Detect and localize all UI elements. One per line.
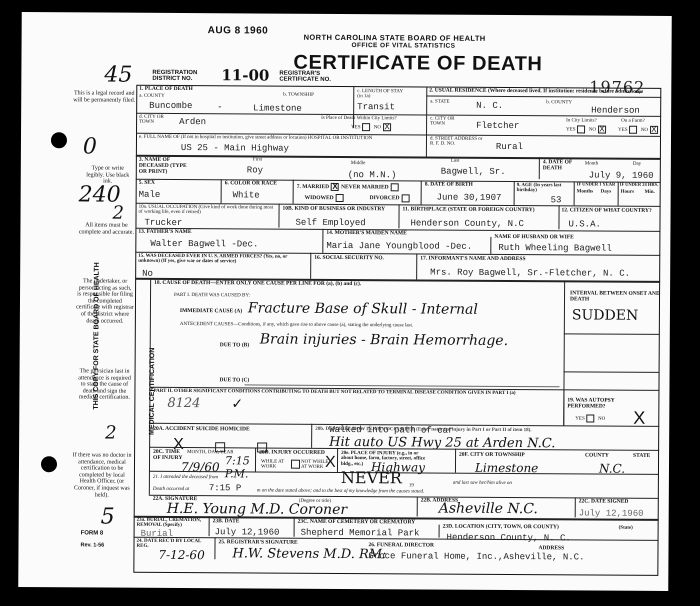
informant-label: 17. INFORMANT'S NAME AND ADDRESS (420, 256, 525, 262)
certificate-paper: AUG 8 1960 NORTH CAROLINA STATE BOARD OF… (18, 12, 672, 591)
punch-hole (41, 456, 57, 472)
death-at-value: 7:15 P (209, 483, 241, 493)
in-city-limits-options: YES NOX (566, 125, 608, 133)
marital-status-row-2: WIDOWEDDIVORCED (305, 194, 412, 203)
sex-value: Male (139, 190, 161, 200)
attended-label: 21. I attended the deceased from (153, 475, 218, 481)
place-county-value: Buncombe (149, 101, 192, 111)
spouse-value: Ruth Wheeling Bagwell (498, 243, 611, 254)
injury-type-label: 20a. ACCIDENT SUICIDE HOMICIDE (153, 427, 250, 433)
interval-value: SUDDEN (572, 307, 638, 323)
within-city-yes-no: YES NOX (351, 123, 393, 131)
in-city-no-checkbox[interactable]: X (598, 126, 606, 134)
first-name-value: Roy (247, 165, 263, 175)
citizen-label: 12. CITIZEN OF WHAT COUNTRY? (562, 208, 652, 214)
injury-city-label: 20f. CITY OR TOWNSHIP (459, 453, 525, 459)
date-signed-value: July 12,1960 (579, 508, 644, 518)
marital-status-row-1: 7. MARRIEDXNEVER MARRIED (297, 183, 401, 192)
under-24-hrs-label: IF UNDER 24 HRS. (620, 183, 659, 188)
received-stamp: AUG 8 1960 (208, 25, 269, 36)
res-county-label: b. COUNTY (546, 100, 572, 105)
while-at-work-checkbox[interactable] (291, 460, 300, 469)
last-name-label: Last (451, 159, 460, 164)
res-state-value: N. C. (476, 101, 503, 111)
first-name-label: First (253, 157, 262, 162)
place-of-death-label: 1. PLACE OF DEATH (139, 87, 193, 93)
injury-occurred-label: 20d. INJURY OCCURRED (259, 450, 325, 456)
registration-district-value: 11-00 (221, 66, 269, 84)
last-saw-label: and last saw her/him alive on (453, 481, 512, 487)
cemetery-label: 23c. NAME OF CEMETERY OR CREMATORY (298, 520, 416, 526)
part2-code: 8124 (167, 396, 200, 411)
father-label: 13. FATHER'S NAME (138, 230, 191, 236)
margin-handwritten: 0 (83, 134, 97, 159)
occupation-label: 10a. USUAL OCCUPATION (Give kind of work… (139, 205, 275, 216)
date-recd-value: 7-12-60 (158, 548, 204, 562)
funeral-director-value: Groce Funeral Home, Inc.,Asheville, N.C. (368, 551, 584, 562)
margin-note-physician: The physician last in attendance is requ… (75, 368, 133, 401)
injury-state-label: STATE (633, 454, 650, 460)
under-1-year-label: IF UNDER 1 YEAR (577, 182, 616, 187)
dash: - (217, 102, 222, 112)
divorced-label: DIVORCED (370, 195, 400, 201)
degree-label: (Degree or title) (299, 499, 331, 504)
age-label: 9. AGE (In years last birthday) (517, 183, 569, 194)
divorced-checkbox[interactable] (401, 194, 409, 202)
length-of-stay-label: c. LENGTH OF STAY (in 1a) (357, 89, 407, 100)
within-city-no-checkbox[interactable]: X (383, 123, 391, 131)
street-label: d. STREET ADDRESS or R. F. D. NO. (430, 137, 485, 148)
immediate-cause-label: IMMEDIATE CAUSE (a) (180, 309, 242, 315)
interval-label: INTERVAL BETWEEN ONSET AND DEATH (570, 291, 660, 303)
due-to-b-label: DUE TO (b) (220, 343, 249, 349)
attended-year-suffix: 19 (409, 483, 414, 488)
margin-handwritten: 45 (104, 63, 132, 88)
months-label: Months (577, 189, 593, 194)
form-revision: Rev. 1-56 (80, 542, 104, 548)
margin-note-complete: All items must be complete and accurate. (78, 222, 134, 236)
on-farm-no-checkbox[interactable]: X (650, 126, 658, 134)
margin-note-no-doctor: If there was no doctor in attendance, me… (71, 452, 133, 499)
margin-note-legal: This is a legal record and will be perma… (73, 90, 135, 104)
birthplace-label: 11. BIRTHPLACE (State or foreign country… (403, 207, 535, 214)
injury-time-label: 20c. TIME OF INJURY (153, 450, 183, 462)
punch-hole (51, 132, 67, 148)
ssn-label: 16. SOCIAL SECURITY NO. (314, 256, 384, 262)
part1-label: PART I. DEATH WAS CAUSED BY: (174, 293, 250, 299)
min-label: Min. (645, 190, 655, 195)
injury-hour-value: 7:15 P.M. (225, 454, 255, 480)
widowed-checkbox[interactable] (336, 194, 344, 202)
middle-name-label: Middle (351, 161, 365, 166)
attended-value: NEVER (341, 468, 402, 487)
on-farm-options: YES NOX (618, 126, 660, 134)
res-county-value: Henderson (591, 106, 640, 116)
burial-location-state-label: (State) (619, 526, 633, 531)
form-number: FORM 8 (81, 530, 104, 536)
autopsy-yes-checkbox[interactable] (587, 414, 595, 422)
business-value: Self Employed (295, 218, 365, 228)
in-city-yes-checkbox[interactable] (577, 125, 585, 133)
informant-value: Mrs. Roy Bagwell, Sr.-Fletcher, N. C. (430, 268, 630, 279)
due-to-b-value: Brain injuries - Brain Hemorrhage. (260, 331, 508, 349)
due-to-c-label: DUE TO (c) (219, 378, 249, 384)
place-township-value: Limestone (253, 103, 302, 113)
vertical-copy-label: THIS COPY FOR STATE BOARD OF HEALTH (93, 241, 101, 431)
agency-line-2: OFFICE OF VITAL STATISTICS (352, 42, 456, 50)
certifier-address-value: Asheville N.C. (439, 501, 538, 518)
funeral-director-label: 26. FUNERAL DIRECTOR (368, 543, 433, 549)
married-label: 7. MARRIED (297, 184, 329, 190)
street-value: Rural (496, 142, 523, 152)
registration-district-label: REGISTRATION DISTRICT NO. (152, 70, 214, 82)
city-label: d. CITY OR TOWN (139, 115, 169, 126)
burial-date-label: 23b. DATE (213, 519, 240, 525)
widowed-label: WIDOWED (305, 195, 334, 201)
township-label: b. TOWNSHIP (283, 93, 314, 98)
place-city-value: Arden (179, 117, 206, 127)
on-farm-label: On a Farm? (621, 119, 645, 124)
race-label: 6. COLOR OR RACE (225, 181, 277, 187)
death-at-label: Death occurred at (153, 487, 190, 492)
occupation-value: Trucker (144, 218, 182, 228)
injury-county-label: COUNTY (585, 453, 609, 459)
never-married-label: NEVER MARRIED (341, 184, 389, 190)
spouse-label: NAME OF HUSBAND OR WIFE (494, 235, 573, 241)
business-label: 10b. KIND OF BUSINESS OR INDUSTRY (283, 207, 386, 213)
citizen-value: U.S.A. (568, 219, 600, 229)
res-state-label: a. STATE (430, 100, 449, 105)
dod-month-label: Month (585, 161, 598, 166)
last-name-value: Bagwell, Sr. (441, 167, 506, 177)
armed-forces-label: 15. WAS DECEASED EVER IN U. S. ARMED FOR… (138, 254, 306, 266)
registrar-signature: H.W. Stevens M.D. RM: (232, 546, 386, 562)
date-signed-label: 22c. DATE SIGNED (579, 499, 629, 505)
margin-handwritten: 2 (112, 203, 124, 224)
on-farm-yes-checkbox[interactable] (629, 126, 637, 134)
not-while-at-work-mark: X (325, 454, 336, 472)
burial-date-value: July 12,1960 (215, 527, 280, 537)
hours-label: Hours (621, 190, 634, 195)
birthplace-value: Henderson County, N.C (410, 218, 523, 229)
county-label: a. COUNTY (139, 94, 165, 99)
margin-handwritten: 2 (105, 423, 117, 444)
margin-handwritten: 5 (101, 505, 115, 530)
autopsy-options: YES NO (575, 414, 605, 422)
res-city-value: Fletcher (476, 121, 519, 131)
never-married-checkbox[interactable] (391, 183, 399, 191)
checkmark-icon: ✓ (231, 396, 243, 413)
age-value: 53 (551, 195, 562, 205)
dob-label: 8. DATE OF BIRTH (425, 182, 473, 188)
institution-value: US 25 - Main Highway (181, 143, 289, 154)
dod-day-label: Day (633, 162, 641, 167)
in-city-limits-label: In City Limits? (566, 118, 597, 123)
sex-label: 5. SEX (139, 181, 155, 187)
middle-name-value: (no M.N.) (348, 170, 397, 180)
length-of-stay-value: Transit (357, 102, 395, 112)
dob-value: June 30,1907 (437, 193, 502, 203)
burial-location-label: 23d. LOCATION (City, town, or county) (443, 525, 623, 532)
within-city-yes-checkbox[interactable] (362, 123, 370, 131)
mother-label: 14. MOTHER'S MAIDEN NAME (326, 231, 406, 237)
burial-type-label: 23a. BURIAL, CREMATION, REMOVAL (Specify… (137, 518, 205, 529)
mother-value: Maria Jane Youngblood -Dec. (326, 241, 472, 252)
deceased-name-label: 3. NAME OF DECEASED (Type or Print) (139, 158, 189, 176)
date-of-death-label: 4. DATE OF DEATH (543, 160, 573, 172)
within-city-label: Is Place of Death Within City Limits? (321, 116, 421, 122)
death-at-suffix: m on the date stated above; and to the b… (257, 488, 424, 494)
father-value: Walter Bagwell -Dec. (150, 239, 258, 250)
race-value: White (233, 190, 260, 200)
married-checkbox[interactable]: X (331, 183, 339, 191)
registrar-cert-label: REGISTRAR'S CERTIFICATE NO. (279, 71, 359, 83)
date-of-death-value: July 9, 1960 (589, 170, 654, 180)
margin-note-undertaker: The undertaker, or person acting as such… (76, 278, 134, 325)
days-label: Days (601, 190, 612, 195)
res-city-label: c. CITY OR TOWN (430, 117, 460, 128)
while-at-work-label: WHILE AT WORK (261, 459, 287, 470)
immediate-cause-value: Fracture Base of Skull - Internal (248, 300, 478, 317)
